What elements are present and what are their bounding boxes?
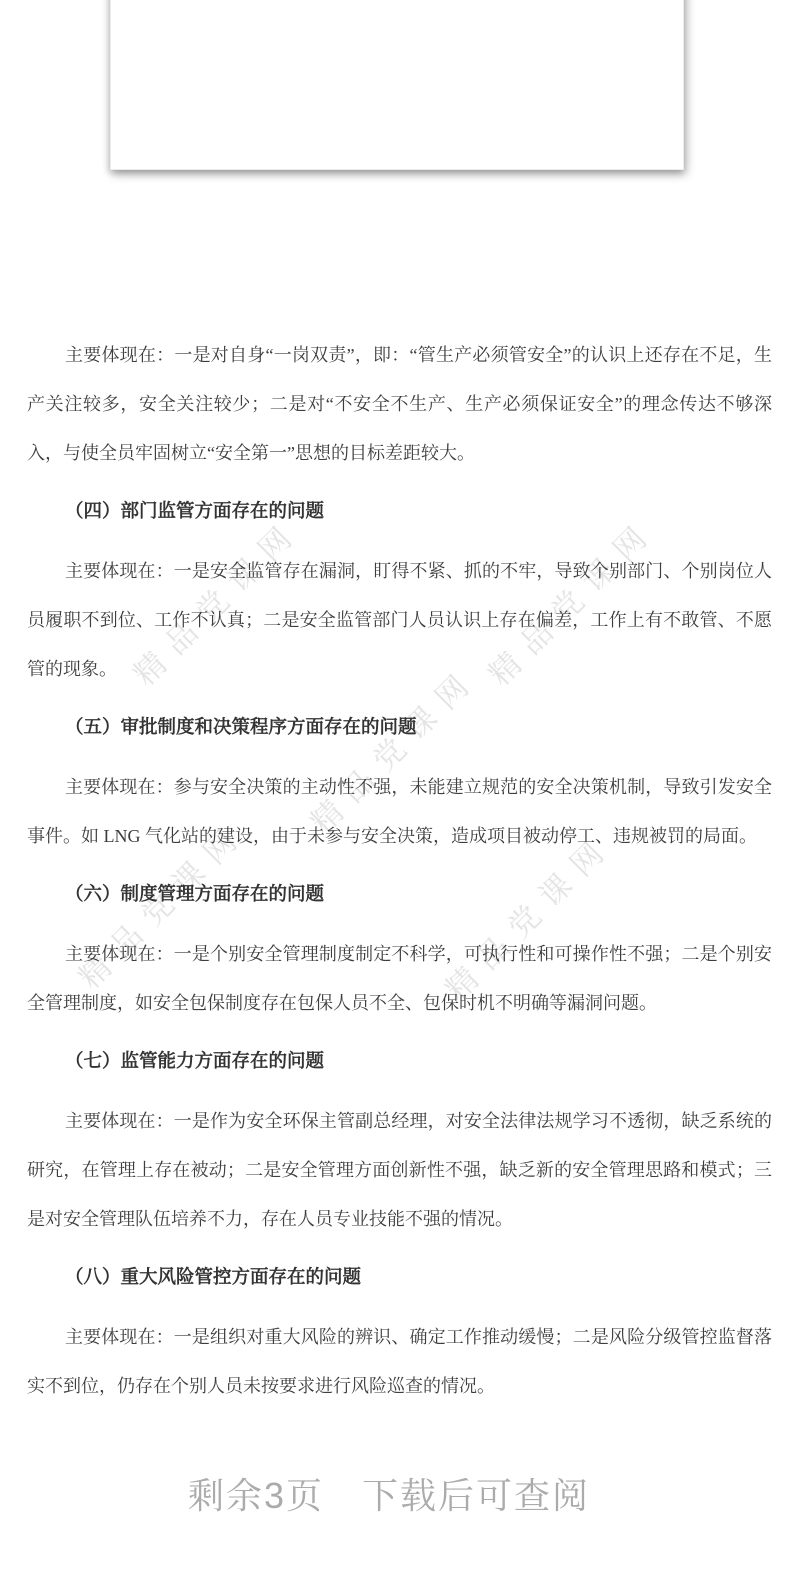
body-paragraph: 主要体现在：一是对自身“一岗双责”，即：“管生产必须管安全”的认识上还存在不足，… [27,331,772,478]
remaining-pages-label: 剩余3页 [188,1475,324,1516]
body-paragraph: 主要体现在：参与安全决策的主动性不强，未能建立规范的安全决策机制，导致引发安全事… [27,763,772,861]
download-to-view-label: 下载后可查阅 [362,1475,590,1516]
section-heading: （四）部门监管方面存在的问题 [27,488,772,537]
body-paragraph: 主要体现在：一是作为安全环保主管副总经理，对安全法律法规学习不透彻，缺乏系统的研… [27,1097,772,1244]
remaining-pages-note: 剩余3页下载后可查阅 [0,1471,800,1521]
body-paragraph: 主要体现在：一是组织对重大风险的辨识、确定工作推动缓慢；二是风险分级管控监督落实… [27,1313,772,1411]
body-paragraph: 主要体现在：一是个别安全管理制度制定不科学，可执行性和可操作性不强；二是个别安全… [27,930,772,1028]
document-content: 主要体现在：一是对自身“一岗双责”，即：“管生产必须管安全”的认识上还存在不足，… [27,331,772,1421]
section-heading: （七）监管能力方面存在的问题 [27,1038,772,1087]
body-paragraph: 主要体现在：一是安全监管存在漏洞，盯得不紧、抓的不牢，导致个别部门、个别岗位人员… [27,547,772,694]
section-heading: （八）重大风险管控方面存在的问题 [27,1254,772,1303]
section-heading: （五）审批制度和决策程序方面存在的问题 [27,704,772,753]
previous-page-preview [110,0,684,170]
section-heading: （六）制度管理方面存在的问题 [27,871,772,920]
